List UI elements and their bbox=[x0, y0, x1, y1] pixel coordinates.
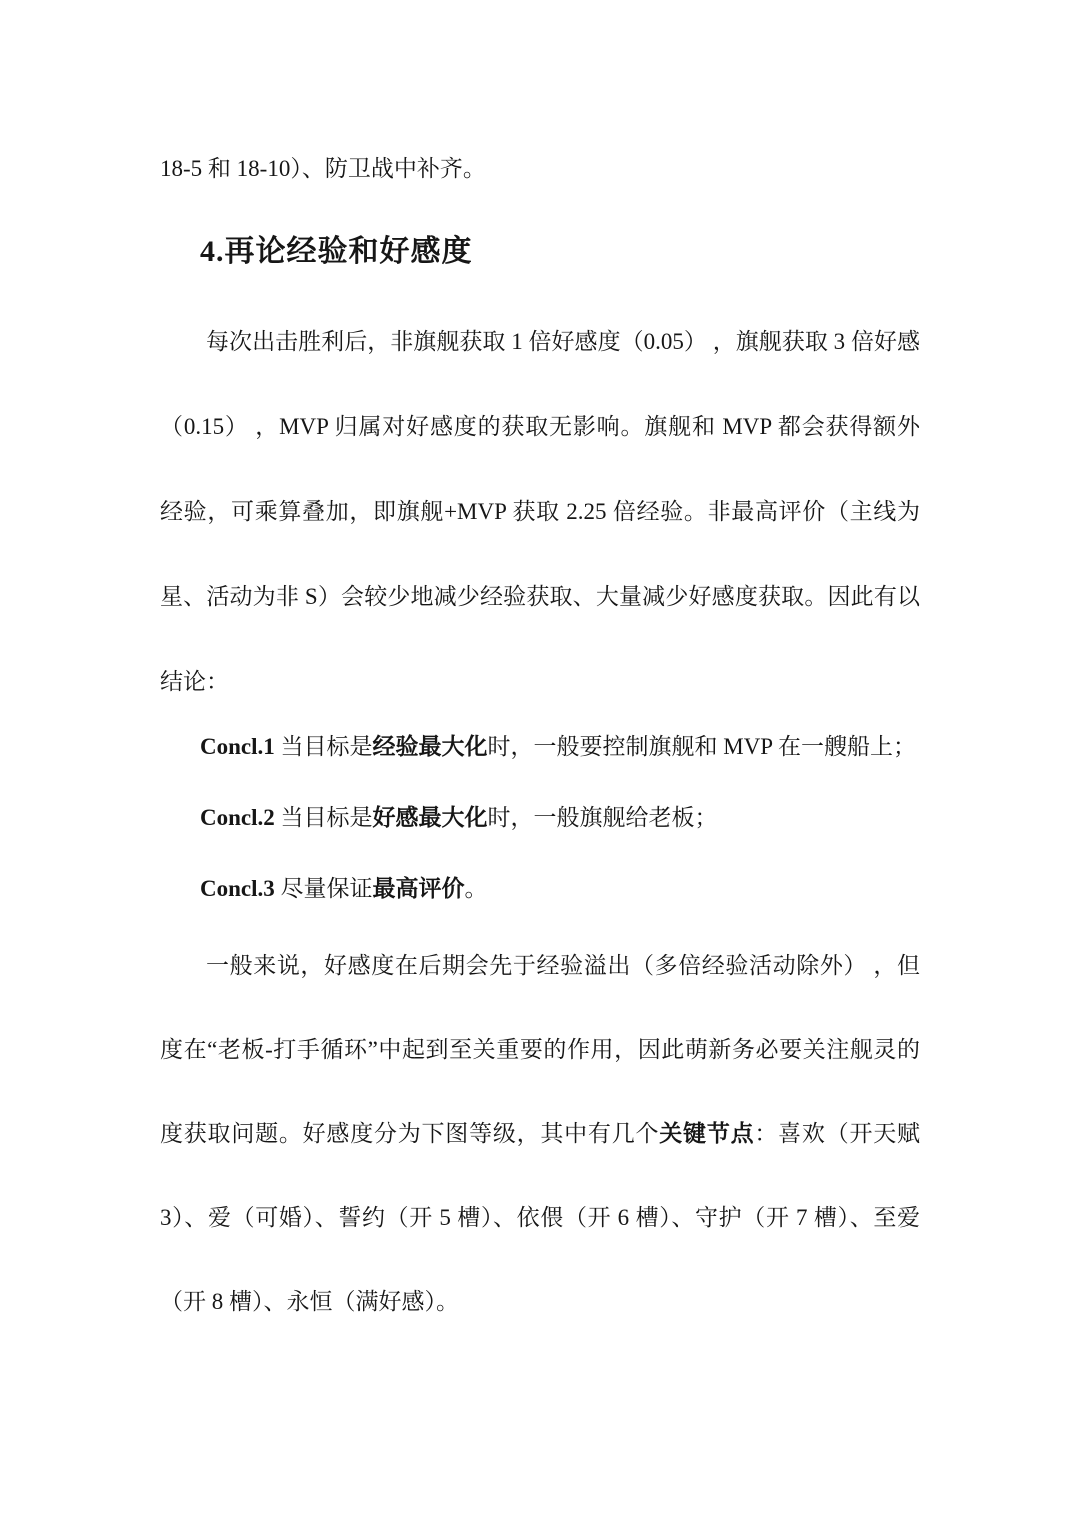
paragraph-line: 度获取问题。好感度分为下图等级，其中有几个关键节点：喜欢（开天赋 bbox=[160, 1092, 920, 1176]
paragraph-text: 度获取问题。好感度分为下图等级，其中有几个 bbox=[160, 1121, 659, 1146]
conclusion-item: Concl.3 尽量保证最高评价。 bbox=[200, 853, 920, 924]
paragraph-affection-levels: 一般来说，好感度在后期会先于经验溢出（多倍经验活动除外） ，但好感 度在“老板-… bbox=[160, 924, 920, 1344]
conclusion-label: Concl.3 bbox=[200, 876, 275, 901]
conclusion-text: 当目标是 bbox=[275, 734, 373, 759]
paragraph-line: （0.15） ，MVP 归属对好感度的获取无影响。旗舰和 MVP 都会获得额外 … bbox=[160, 384, 920, 469]
conclusion-emphasis: 好感最大化 bbox=[373, 805, 488, 830]
conclusion-emphasis: 最高评价 bbox=[373, 876, 465, 901]
paragraph-line: 每次出击胜利后，非旗舰获取 1 倍好感度（0.05） ，旗舰获取 3 倍好感度 bbox=[160, 299, 920, 384]
conclusion-label: Concl.1 bbox=[200, 734, 275, 759]
paragraph-line: （开 8 槽）、永恒（满好感）。 bbox=[160, 1260, 920, 1344]
conclusion-text: 当目标是 bbox=[275, 805, 373, 830]
conclusion-text: 。 bbox=[465, 876, 488, 901]
conclusion-label: Concl.2 bbox=[200, 805, 275, 830]
paragraph-experience-affection: 每次出击胜利后，非旗舰获取 1 倍好感度（0.05） ，旗舰获取 3 倍好感度 … bbox=[160, 299, 920, 724]
conclusion-text: 时，一般要控制旗舰和 MVP 在一艘船上； bbox=[488, 734, 917, 759]
conclusion-item: Concl.1 当目标是经验最大化时，一般要控制旗舰和 MVP 在一艘船上； bbox=[200, 711, 920, 782]
document-page: 18-5 和 18-10）、防卫战中补齐。 4.再论经验和好感度 每次出击胜利后… bbox=[0, 0, 1080, 1527]
paragraph-line: 3）、爱（可婚）、誓约（开 5 槽）、依偎（开 6 槽）、守护（开 7 槽）、至… bbox=[160, 1176, 920, 1260]
paragraph-line: 经验，可乘算叠加，即旗舰+MVP 获取 2.25 倍经验。非最高评价（主线为非 … bbox=[160, 469, 920, 554]
conclusion-list: Concl.1 当目标是经验最大化时，一般要控制旗舰和 MVP 在一艘船上； C… bbox=[200, 711, 920, 924]
conclusion-emphasis: 经验最大化 bbox=[373, 734, 488, 759]
conclusion-text: 尽量保证 bbox=[275, 876, 373, 901]
section-heading: 4.再论经验和好感度 bbox=[200, 232, 960, 272]
paragraph-text: ：喜欢（开天赋 bbox=[754, 1121, 920, 1146]
continuation-paragraph-line: 18-5 和 18-10）、防卫战中补齐。 bbox=[160, 154, 920, 184]
key-nodes-emphasis: 关键节点 bbox=[659, 1121, 754, 1146]
conclusion-item: Concl.2 当目标是好感最大化时，一般旗舰给老板； bbox=[200, 782, 920, 853]
conclusion-text: 时，一般旗舰给老板； bbox=[488, 805, 718, 830]
paragraph-line: 度在“老板-打手循环”中起到至关重要的作用，因此萌新务必要关注舰灵的好感 bbox=[160, 1008, 920, 1092]
paragraph-line: 星、活动为非 S）会较少地减少经验获取、大量减少好感度获取。因此有以下 bbox=[160, 554, 920, 639]
paragraph-line: 一般来说，好感度在后期会先于经验溢出（多倍经验活动除外） ，但好感 bbox=[160, 924, 920, 1008]
